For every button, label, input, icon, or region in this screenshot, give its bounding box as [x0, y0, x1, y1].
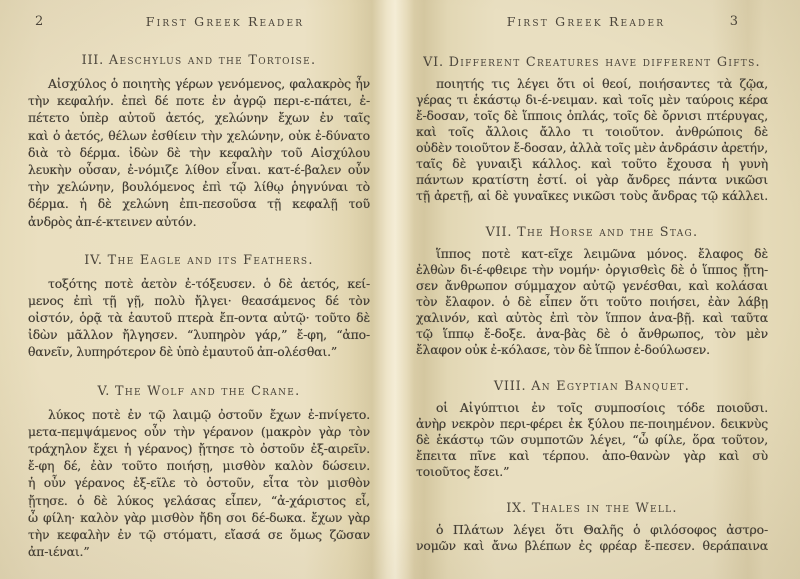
greek-line: διὰ τὸ δέρμα. ἰδὼν δὲ τὴν κεφαλὴν τοῦ Αἰ…	[28, 144, 370, 161]
greek-line: λύκος ποτὲ ἐν τῷ λαιμῷ ὀστοῦν ἔχων ἐ-πνί…	[28, 406, 370, 423]
section-numeral: VI.	[423, 55, 449, 70]
greek-line: ᾔτησε. ὁ δὲ λύκος γελάσας εἶπεν, “ἀ-χάρι…	[28, 492, 370, 509]
running-head: First Greek Reader 3	[416, 14, 768, 30]
section-numeral: IV.	[84, 253, 107, 268]
section-title: The Horse and the Stag.	[517, 225, 698, 240]
greek-line: ὁ Πλάτων λέγει ὅτι Θαλῆς ὁ φιλόσοφος ἀστ…	[416, 522, 768, 538]
section-heading: VI. Different Creatures have different G…	[416, 54, 768, 71]
greek-line: θανεῖν, λυπηρότερον δὲ ὑπὸ ἐμαυτοῦ ἀπ-ολ…	[28, 343, 370, 360]
book-spread: 2 First Greek Reader III. Aeschylus and …	[0, 0, 800, 579]
greek-line: ἔπειτα πῖνε καὶ τέρπου. ἀπο-θανὼν γὰρ κα…	[416, 448, 768, 464]
greek-line: τὸν ἔλαφον. ὁ δὲ εἶπεν ὅτι τοῦτο ποιήσει…	[416, 294, 768, 310]
section-numeral: VII.	[486, 225, 518, 240]
greek-line: γέρας τι ἑκάστῳ δι-έ-νειμαν. καὶ τοῖς μὲ…	[416, 92, 768, 108]
greek-line: τὴν κεφαλήν. ἐπεὶ δέ ποτε ἐν ἀγρῷ περι-ε…	[28, 92, 370, 109]
section-title: Aeschylus and the Tortoise.	[109, 53, 316, 68]
section-heading: IV. The Eagle and its Feathers.	[28, 252, 370, 269]
greek-line: οἰστόν, ὁρᾷ τὰ ἑαυτοῦ πτερὰ ἔπ-οντα αὐτῷ…	[28, 309, 370, 326]
section-title: An Egyptian Banquet.	[531, 379, 690, 394]
greek-line: ἵππος ποτὲ κατ-εῖχε λειμῶνα μόνος. ἔλαφο…	[416, 246, 768, 262]
greek-line: δὲ ἑκάστῳ τῶν συμποτῶν λέγει, “ὦ φίλε, ὅ…	[416, 432, 768, 448]
greek-paragraph: ὁ Πλάτων λέγει ὅτι Θαλῆς ὁ φιλόσοφος ἀστ…	[416, 522, 768, 554]
page-left: 2 First Greek Reader III. Aeschylus and …	[28, 14, 370, 560]
greek-paragraph: Αἰσχύλος ὁ ποιητὴς γέρων γενόμενος, φαλα…	[28, 75, 370, 230]
greek-line: ἐλθὼν δι-έ-φθειρε τὴν νομήν· ὀργισθεὶς δ…	[416, 262, 768, 278]
section-numeral: IX.	[506, 501, 532, 516]
section-heading: VIII. An Egyptian Banquet.	[416, 378, 768, 395]
greek-line: ἀνδρὸς ἀπ-έ-κτεινεν αὐτόν.	[28, 213, 370, 230]
greek-paragraph: ποιητής τις λέγει ὅτι οἱ θεοί, ποιήσαντε…	[416, 76, 768, 204]
section-heading: VII. The Horse and the Stag.	[416, 224, 768, 241]
section-heading: IX. Thales in the Well.	[416, 500, 768, 517]
section-numeral: III.	[82, 53, 109, 68]
greek-line: ἀνὴρ νεκρὸν περι-φέρει ἐκ ξύλου πε-ποιημ…	[416, 416, 768, 432]
running-header-title: First Greek Reader	[410, 14, 762, 30]
greek-line: ταῖς δὲ γυναιξὶ κάλλος. καὶ τοῦτο ἔχουσα…	[416, 156, 768, 172]
page-number: 2	[35, 14, 43, 30]
greek-line: τοιοῦτος ἔσει.”	[416, 464, 768, 480]
greek-line: μετα-πεμψάμενος οὖν τὴν γέρανον (μακρὸν …	[28, 423, 370, 440]
greek-line: ἀπ-ιέναι.”	[28, 543, 370, 560]
greek-line: σεν ἄνθρωπον σύμμαχον αὐτῷ γενέσθαι, καὶ…	[416, 278, 768, 294]
greek-line: ἰδὼν μᾶλλον ἤλγησεν. “λυπηρὸν γάρ,” ἔ-φη…	[28, 326, 370, 343]
greek-paragraph: ἵππος ποτὲ κατ-εῖχε λειμῶνα μόνος. ἔλαφο…	[416, 246, 768, 358]
greek-line: λευκὴν οὖσαν, ἐ-νόμιζε λίθον εἶναι. κατ-…	[28, 161, 370, 178]
greek-line: ἔ-φη δέ, ἐὰν τοῦτο ποιήσῃ, μισθὸν καλὸν …	[28, 457, 370, 474]
running-head: 2 First Greek Reader	[28, 14, 370, 30]
greek-line: καὶ τοῖς ἄλλοις ἄλλο τι τοιοῦτον. ἀνθρώπ…	[416, 124, 768, 140]
greek-line: τὴν χελώνην, βουλόμενος ἐπὶ τῷ λίθῳ ῥηγν…	[28, 178, 370, 195]
greek-line: ἔλαφον οὐκ ἐ-κόλασε, τὸν δὲ ἵππον ἐ-δούλ…	[416, 342, 768, 358]
greek-line: δέρμα. ἡ δὲ χελώνη ἐπι-πεσοῦσα τῇ κεφαλῇ…	[28, 195, 370, 212]
greek-paragraph: λύκος ποτὲ ἐν τῷ λαιμῷ ὀστοῦν ἔχων ἐ-πνί…	[28, 406, 370, 561]
section-title: The Eagle and its Feathers.	[108, 253, 314, 268]
greek-line: τῇ ἀρετῇ, αἱ δὲ γυναῖκες νικῶσι τοὺς ἄνδ…	[416, 188, 768, 204]
section-title: The Wolf and the Crane.	[115, 384, 300, 399]
greek-line: ὦ φίλη· καλὸν γὰρ μισθὸν ἤδη σοι δέ-δωκα…	[28, 509, 370, 526]
page-right: First Greek Reader 3 VI. Different Creat…	[416, 14, 768, 554]
greek-line: ἔ-δοσαν, τοῖς δὲ ἵπποις ὁπλάς, τοῖς δὲ ὄ…	[416, 108, 768, 124]
running-header-title: First Greek Reader	[54, 14, 396, 30]
greek-line: ἡ οὖν γέρανος ἐξ-εῖλε τὸ ὀστοῦν, εἶτα τὸ…	[28, 474, 370, 491]
greek-line: οἱ Αἰγύπτιοι ἐν τοῖς συμποσίοις τόδε ποι…	[416, 400, 768, 416]
greek-line: καὶ ὁ ἀετός, θέλων ἐσθίειν τὴν χελώνην, …	[28, 127, 370, 144]
greek-line: πέτετο ὑπὲρ αὐτοῦ ἀετός, χελώνην ἔχων ἐν…	[28, 109, 370, 126]
greek-line: μενος ἐπὶ τῇ γῇ, πολὺ ἤλγει· θεασάμενος …	[28, 292, 370, 309]
greek-line: ποιητής τις λέγει ὅτι οἱ θεοί, ποιήσαντε…	[416, 76, 768, 92]
section-title: Thales in the Well.	[532, 501, 678, 516]
section-numeral: V.	[97, 384, 115, 399]
section-heading: III. Aeschylus and the Tortoise.	[28, 52, 370, 69]
greek-line: νομῶν καὶ ἄνω βλέπων ἐς φρέαρ ἔ-πεσεν. θ…	[416, 538, 768, 554]
greek-paragraph: οἱ Αἰγύπτιοι ἐν τοῖς συμποσίοις τόδε ποι…	[416, 400, 768, 480]
greek-line: τῷ ἵππῳ ἔ-δοξε. ἀνα-βὰς δὲ ὁ ἄνθρωπος, τ…	[416, 326, 768, 342]
sections: III. Aeschylus and the Tortoise.Αἰσχύλος…	[28, 52, 370, 560]
greek-line: χαλινόν, καὶ αὐτὸς ἐπὶ τὸν ἵππον ἀνα-βῇ.…	[416, 310, 768, 326]
greek-line: πάντων κρατίστη ἐστί. οἱ γὰρ ἄνδρες πάντ…	[416, 172, 768, 188]
greek-line: οὐδὲν τοιοῦτον ἔ-δοσαν, ἀλλὰ τοῖς μὲν ἀν…	[416, 140, 768, 156]
section-numeral: VIII.	[494, 379, 531, 394]
sections: VI. Different Creatures have different G…	[416, 54, 768, 554]
greek-line: τοξότης ποτὲ ἀετὸν ἐ-τόξευσεν. ὁ δὲ ἀετό…	[28, 275, 370, 292]
greek-paragraph: τοξότης ποτὲ ἀετὸν ἐ-τόξευσεν. ὁ δὲ ἀετό…	[28, 275, 370, 361]
greek-line: τράχηλον ἔχει ἡ γέρανος) ᾔτησε τὸ ὀστοῦν…	[28, 440, 370, 457]
greek-line: τὴν κεφαλὴν ἐν τῷ στόματι, εἴασά σε ὅμως…	[28, 526, 370, 543]
section-heading: V. The Wolf and the Crane.	[28, 383, 370, 400]
greek-line: Αἰσχύλος ὁ ποιητὴς γέρων γενόμενος, φαλα…	[28, 75, 370, 92]
section-title: Different Creatures have different Gifts…	[449, 55, 761, 70]
page-number: 3	[730, 14, 738, 30]
